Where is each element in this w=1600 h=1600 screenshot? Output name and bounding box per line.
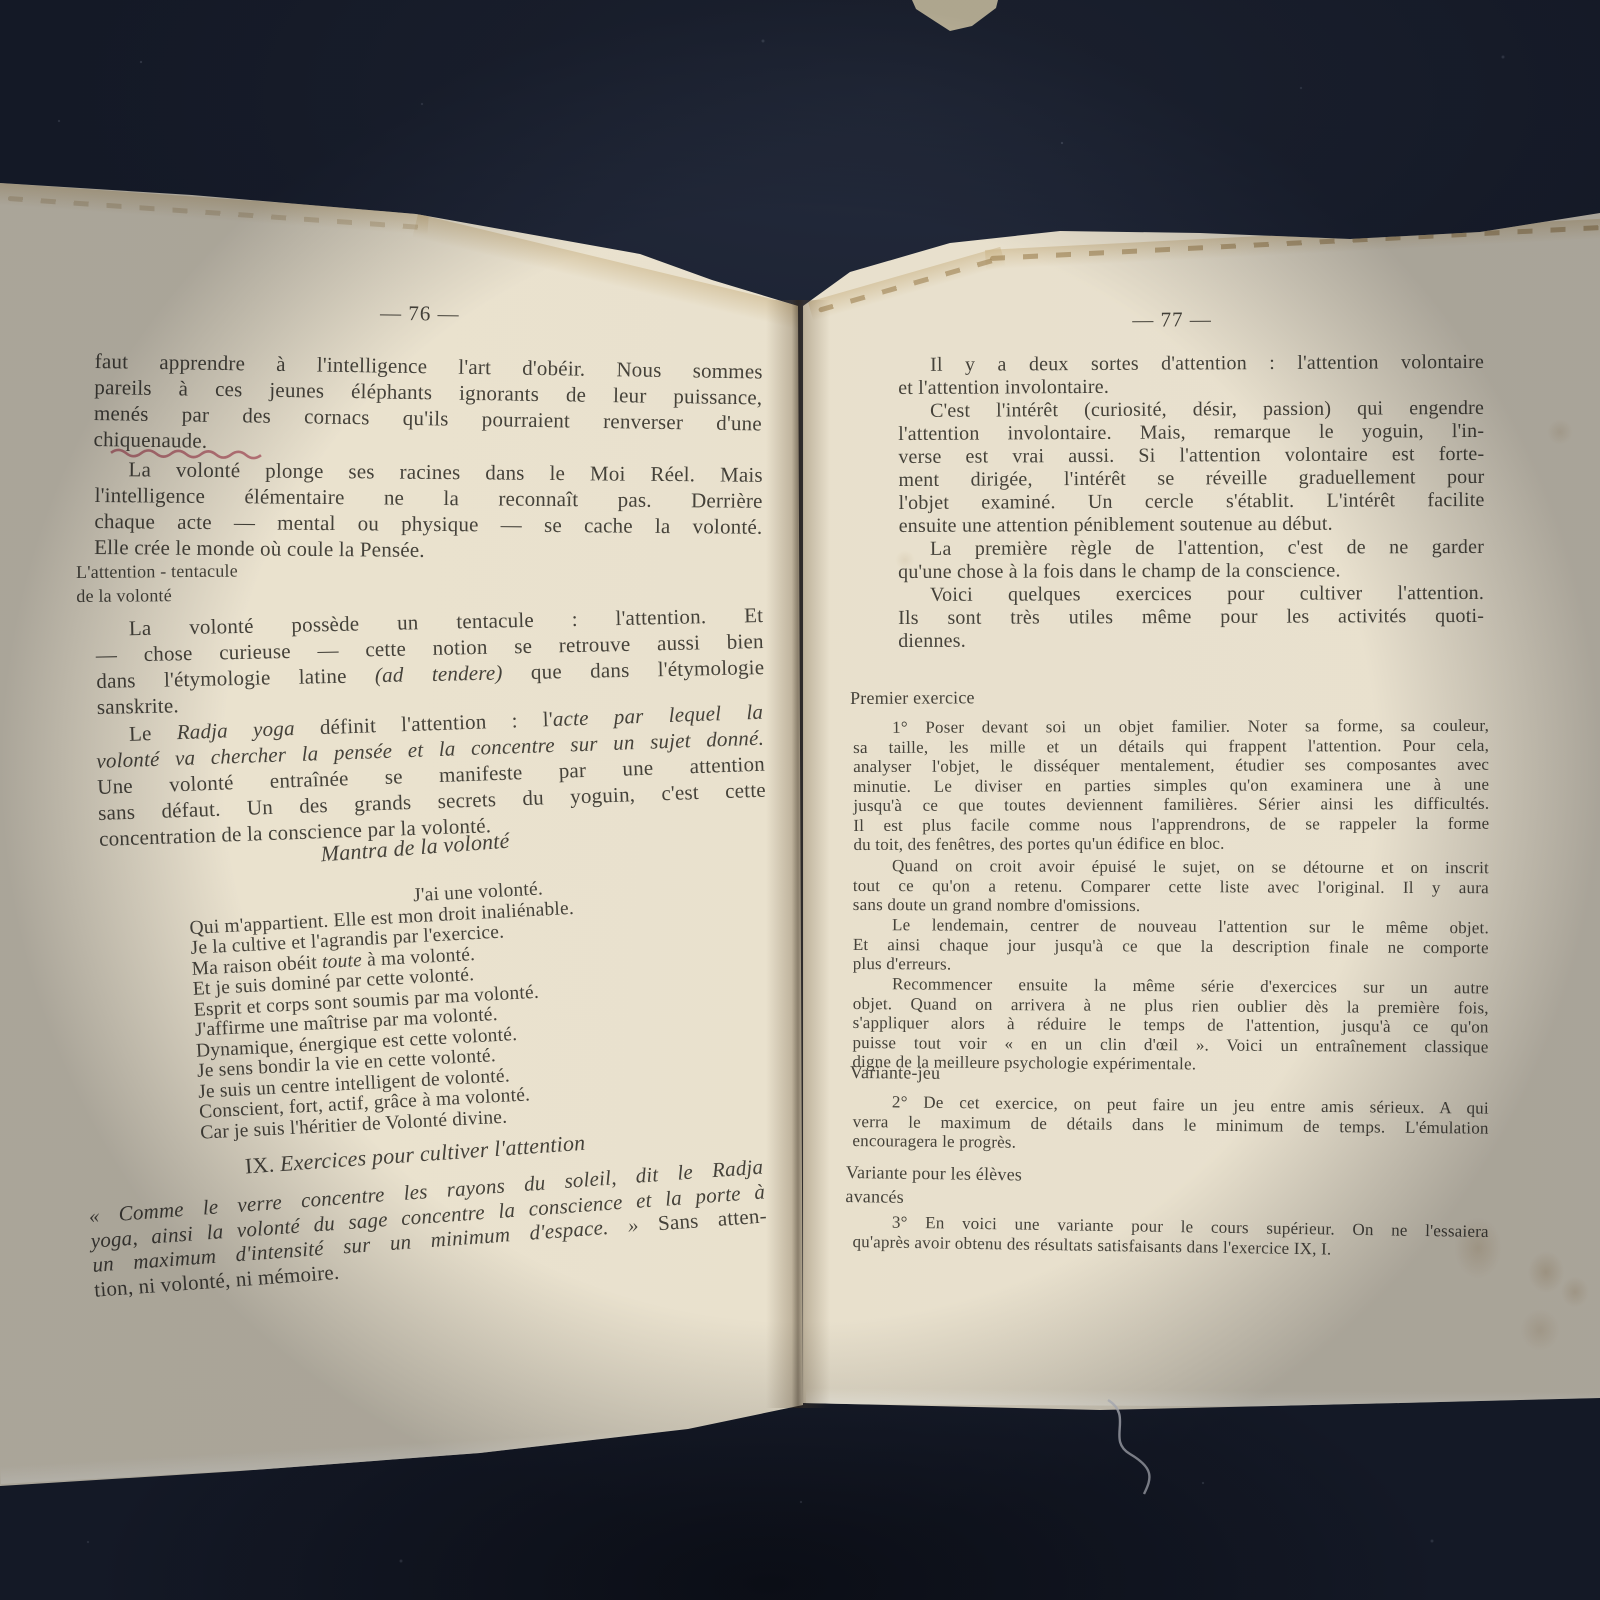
- heading-premier-exercice: Premier exercice: [850, 684, 1150, 710]
- premiere-regle-paragraph: La première règle de l'attention, c'est …: [898, 536, 1484, 584]
- page-number-76: — 76 —: [330, 300, 510, 328]
- exercice1-paragraph-3: Le lendemain, centrer de nouveau l'atten…: [853, 915, 1489, 977]
- heading-variante-jeu: Variante-jeu: [850, 1060, 1150, 1087]
- heading-variante-avances: Variante pour les élèvesavancés: [845, 1160, 1186, 1213]
- intro-paragraph: faut apprendre à l'intelligence l'art d'…: [93, 348, 763, 462]
- page-number-77: — 77 —: [1082, 307, 1262, 333]
- exercice1-paragraph-2: Quand on croit avoir épuisé le sujet, on…: [853, 856, 1489, 917]
- exercice1-paragraph-1: 1° Poser devant soi un objet familier. N…: [853, 716, 1489, 855]
- exercice3-paragraph: 3° En voici une variante pour le cours s…: [852, 1212, 1489, 1261]
- side-heading-attention-tentacule: L'attention - tentaculede la volonté: [76, 558, 356, 608]
- deux-sortes-paragraph: Il y a deux sortes d'attention : l'atten…: [898, 351, 1484, 400]
- volonte-paragraph: La volonté plonge ses racines dans le Mo…: [94, 456, 763, 566]
- book-spread-text: — 76 — faut apprendre à l'intelligence l…: [0, 0, 1600, 1600]
- interet-paragraph: C'est l'intérêt (curiosité, désir, passi…: [898, 397, 1485, 538]
- voici-exercices-paragraph: Voici quelques exercices pour cultiver l…: [898, 582, 1484, 653]
- mantra-lines: J'ai une volonté.Qui m'appartient. Elle …: [188, 868, 780, 1144]
- exercice2-paragraph: 2° De cet exercice, on peut faire un jeu…: [852, 1092, 1489, 1157]
- thread-fiber: [1100, 1398, 1170, 1498]
